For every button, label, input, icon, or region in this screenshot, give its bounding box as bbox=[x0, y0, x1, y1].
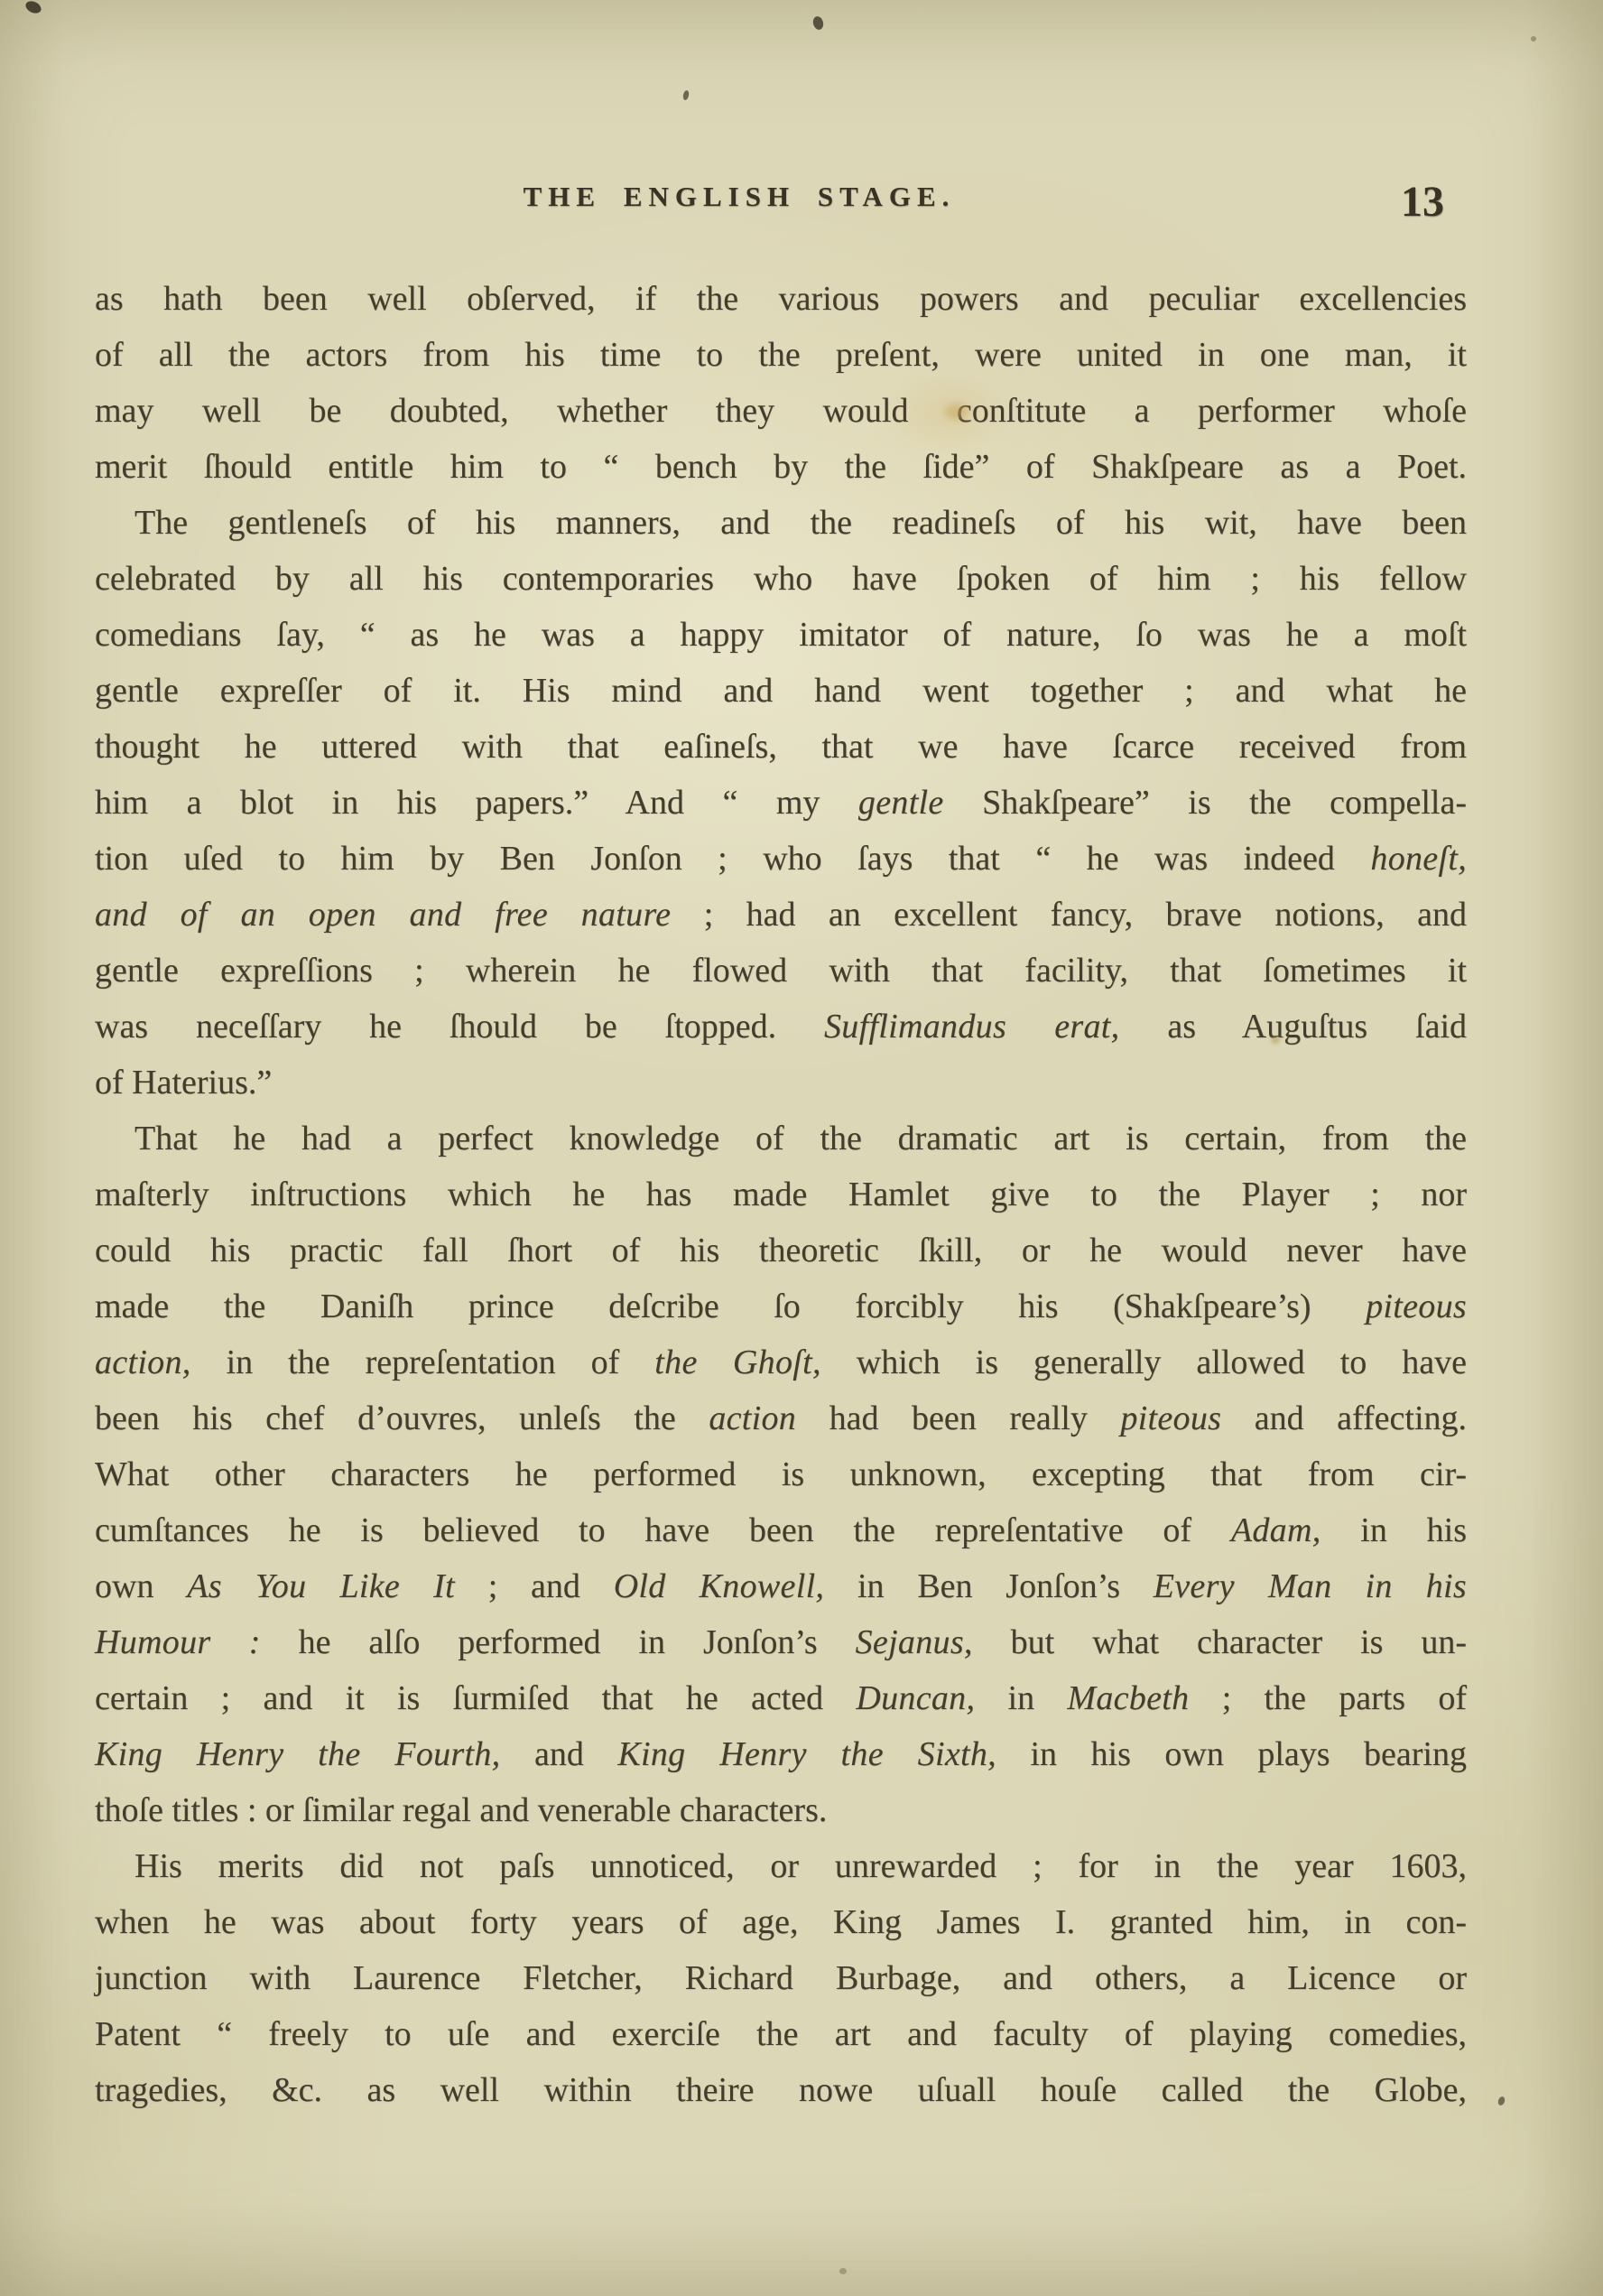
text-run: Shakſpeare” is the compella- bbox=[944, 784, 1467, 822]
paragraph: as hath been well obſerved, if the vario… bbox=[95, 271, 1467, 495]
text-line: comedians ſay, “ as he was a happy imita… bbox=[95, 607, 1467, 663]
text-line: Patent “ freely to uſe and exerciſe the … bbox=[95, 2006, 1467, 2062]
text-line: The gentleneſs of his manners, and the r… bbox=[95, 495, 1467, 551]
text-run: gentle expreſſions ; wherein he flowed w… bbox=[95, 952, 1467, 990]
text-run: in Ben Jonſon’s bbox=[824, 1567, 1154, 1605]
text-run: he alſo performed in Jonſon’s bbox=[261, 1623, 856, 1661]
text-run: in bbox=[975, 1679, 1067, 1717]
text-line: of all the actors from his time to the p… bbox=[95, 327, 1467, 383]
paper-speck bbox=[23, 0, 42, 15]
text-run: when he was about forty years of age, Ki… bbox=[95, 1903, 1467, 1941]
text-run: thought he uttered with that eaſineſs, t… bbox=[95, 728, 1467, 766]
paper-speck bbox=[811, 15, 825, 31]
text-run: merit ſhould entitle him to “ bench by t… bbox=[95, 448, 1467, 486]
italic-run: Duncan, bbox=[856, 1679, 975, 1717]
text-run: was neceſſary he ſhould be ſtopped. bbox=[95, 1008, 824, 1046]
italic-run: piteous bbox=[1366, 1287, 1467, 1325]
italic-run: Humour : bbox=[95, 1623, 261, 1661]
text-run: Patent “ freely to uſe and exerciſe the … bbox=[95, 2015, 1467, 2053]
italic-run: and of an open and free nature bbox=[95, 896, 671, 934]
text-run: in his bbox=[1321, 1511, 1468, 1549]
text-line: made the Daniſh prince deſcribe ſo forci… bbox=[95, 1278, 1467, 1334]
text-run: and bbox=[500, 1735, 617, 1773]
text-run: but what character is un- bbox=[973, 1623, 1467, 1661]
text-run: The gentleneſs of his manners, and the r… bbox=[134, 504, 1467, 542]
text-run: which is generally allowed to have bbox=[821, 1343, 1467, 1381]
text-line: cumſtances he is believed to have been t… bbox=[95, 1502, 1467, 1558]
italic-run: honeſt, bbox=[1370, 840, 1467, 878]
text-line: thoſe titles : or ſimilar regal and vene… bbox=[95, 1782, 1467, 1838]
page-number: 13 bbox=[1401, 177, 1444, 227]
text-run: made the Daniſh prince deſcribe ſo forci… bbox=[95, 1287, 1366, 1325]
text-run: of all the actors from his time to the p… bbox=[95, 336, 1467, 374]
text-line: celebrated by all his contemporaries who… bbox=[95, 551, 1467, 607]
text-run: thoſe titles : or ſimilar regal and vene… bbox=[95, 1791, 827, 1829]
running-header: THE ENGLISH STAGE. bbox=[53, 181, 1425, 213]
book-page: THE ENGLISH STAGE. 13 as hath been well … bbox=[0, 0, 1603, 2296]
text-line: His merits did not paſs unnoticed, or un… bbox=[95, 1838, 1467, 1894]
text-run: own bbox=[95, 1567, 187, 1605]
text-line: maſterly inſtructions which he has made … bbox=[95, 1167, 1467, 1222]
paper-speck bbox=[682, 89, 690, 100]
text-line: was neceſſary he ſhould be ſtopped. Suff… bbox=[95, 999, 1467, 1055]
text-line: That he had a perfect knowledge of the d… bbox=[95, 1111, 1467, 1167]
text-line: as hath been well obſerved, if the vario… bbox=[95, 271, 1467, 327]
text-run: been his chef d’ouvres, unleſs the bbox=[95, 1399, 709, 1437]
text-line: could his practic fall ſhort of his theo… bbox=[95, 1222, 1467, 1278]
text-run: certain ; and it is ſurmiſed that he act… bbox=[95, 1679, 856, 1717]
text-line: gentle expreſſions ; wherein he flowed w… bbox=[95, 943, 1467, 999]
text-run: tion uſed to him by Ben Jonſon ; who ſay… bbox=[95, 840, 1370, 878]
text-line: merit ſhould entitle him to “ bench by t… bbox=[95, 439, 1467, 495]
italic-run: piteous bbox=[1120, 1399, 1221, 1437]
text-line: King Henry the Fourth, and King Henry th… bbox=[95, 1726, 1467, 1782]
italic-run: gentle bbox=[858, 784, 944, 822]
italic-run: As You Like It bbox=[187, 1567, 455, 1605]
text-run: celebrated by all his contemporaries who… bbox=[95, 560, 1467, 598]
paragraph: The gentleneſs of his manners, and the r… bbox=[95, 495, 1467, 1111]
text-run: That he had a perfect knowledge of the d… bbox=[134, 1120, 1467, 1157]
text-run: and affecting. bbox=[1221, 1399, 1467, 1437]
text-run: as hath been well obſerved, if the vario… bbox=[95, 280, 1467, 318]
italic-run: action bbox=[709, 1399, 796, 1437]
paragraph: His merits did not paſs unnoticed, or un… bbox=[95, 1838, 1467, 2118]
text-line: tion uſed to him by Ben Jonſon ; who ſay… bbox=[95, 831, 1467, 887]
text-line: certain ; and it is ſurmiſed that he act… bbox=[95, 1670, 1467, 1726]
text-run: ; had an excellent fancy, brave notions,… bbox=[671, 896, 1467, 934]
text-run: him a blot in his papers.” And “ my bbox=[95, 784, 858, 822]
italic-run: King Henry the Fourth, bbox=[95, 1735, 500, 1773]
text-run: tragedies, &c. as well within theire now… bbox=[95, 2071, 1467, 2109]
text-run: ; the parts of bbox=[1189, 1679, 1467, 1717]
text-run: junction with Laurence Fletcher, Richard… bbox=[95, 1959, 1467, 1997]
text-run: in his own plays bearing bbox=[996, 1735, 1467, 1773]
text-line: junction with Laurence Fletcher, Richard… bbox=[95, 1950, 1467, 2006]
italic-run: Sejanus, bbox=[856, 1623, 973, 1661]
paragraph: That he had a perfect knowledge of the d… bbox=[95, 1111, 1467, 1838]
text-run: in the repreſentation of bbox=[191, 1343, 655, 1381]
page-body: as hath been well obſerved, if the vario… bbox=[95, 271, 1467, 2118]
text-line: gentle expreſſer of it. His mind and han… bbox=[95, 663, 1467, 719]
italic-run: King Henry the Sixth, bbox=[617, 1735, 996, 1773]
text-line: of Haterius.” bbox=[95, 1055, 1467, 1111]
text-line: Humour : he alſo performed in Jonſon’s S… bbox=[95, 1614, 1467, 1670]
text-run: comedians ſay, “ as he was a happy imita… bbox=[95, 616, 1467, 654]
text-run: had been really bbox=[796, 1399, 1120, 1437]
text-run: His merits did not paſs unnoticed, or un… bbox=[134, 1847, 1467, 1885]
italic-run: Macbeth bbox=[1067, 1679, 1189, 1717]
italic-run: Old Knowell, bbox=[614, 1567, 825, 1605]
text-run: may well be doubted, whether they would … bbox=[95, 392, 1467, 430]
text-run: What other characters he performed is un… bbox=[95, 1455, 1467, 1493]
paper-speck bbox=[1531, 36, 1536, 42]
text-run: could his practic fall ſhort of his theo… bbox=[95, 1232, 1467, 1269]
text-line: tragedies, &c. as well within theire now… bbox=[95, 2062, 1467, 2118]
text-line: him a blot in his papers.” And “ my gent… bbox=[95, 775, 1467, 831]
italic-run: action, bbox=[95, 1343, 191, 1381]
italic-run: Every Man in his bbox=[1154, 1567, 1467, 1605]
text-line: thought he uttered with that eaſineſs, t… bbox=[95, 719, 1467, 775]
text-line: action, in the repreſentation of the Gho… bbox=[95, 1334, 1467, 1390]
text-line: may well be doubted, whether they would … bbox=[95, 383, 1467, 439]
text-line: What other characters he performed is un… bbox=[95, 1446, 1467, 1502]
text-run: of Haterius.” bbox=[95, 1064, 272, 1102]
italic-run: the Ghoſt, bbox=[654, 1343, 821, 1381]
text-run: cumſtances he is believed to have been t… bbox=[95, 1511, 1231, 1549]
text-run: ; and bbox=[455, 1567, 614, 1605]
paper-speck bbox=[1497, 2096, 1506, 2106]
text-run: gentle expreſſer of it. His mind and han… bbox=[95, 672, 1467, 710]
page-title: THE ENGLISH STAGE. bbox=[524, 181, 956, 212]
text-line: when he was about forty years of age, Ki… bbox=[95, 1894, 1467, 1950]
italic-run: Adam, bbox=[1231, 1511, 1321, 1549]
italic-run: Sufflimandus erat, bbox=[824, 1008, 1119, 1046]
text-line: own As You Like It ; and Old Knowell, in… bbox=[95, 1558, 1467, 1614]
text-line: been his chef d’ouvres, unleſs the actio… bbox=[95, 1390, 1467, 1446]
text-run: maſterly inſtructions which he has made … bbox=[95, 1176, 1467, 1213]
text-run: as Auguſtus ſaid bbox=[1119, 1008, 1467, 1046]
text-line: and of an open and free nature ; had an … bbox=[95, 887, 1467, 943]
paper-speck bbox=[839, 2268, 847, 2274]
